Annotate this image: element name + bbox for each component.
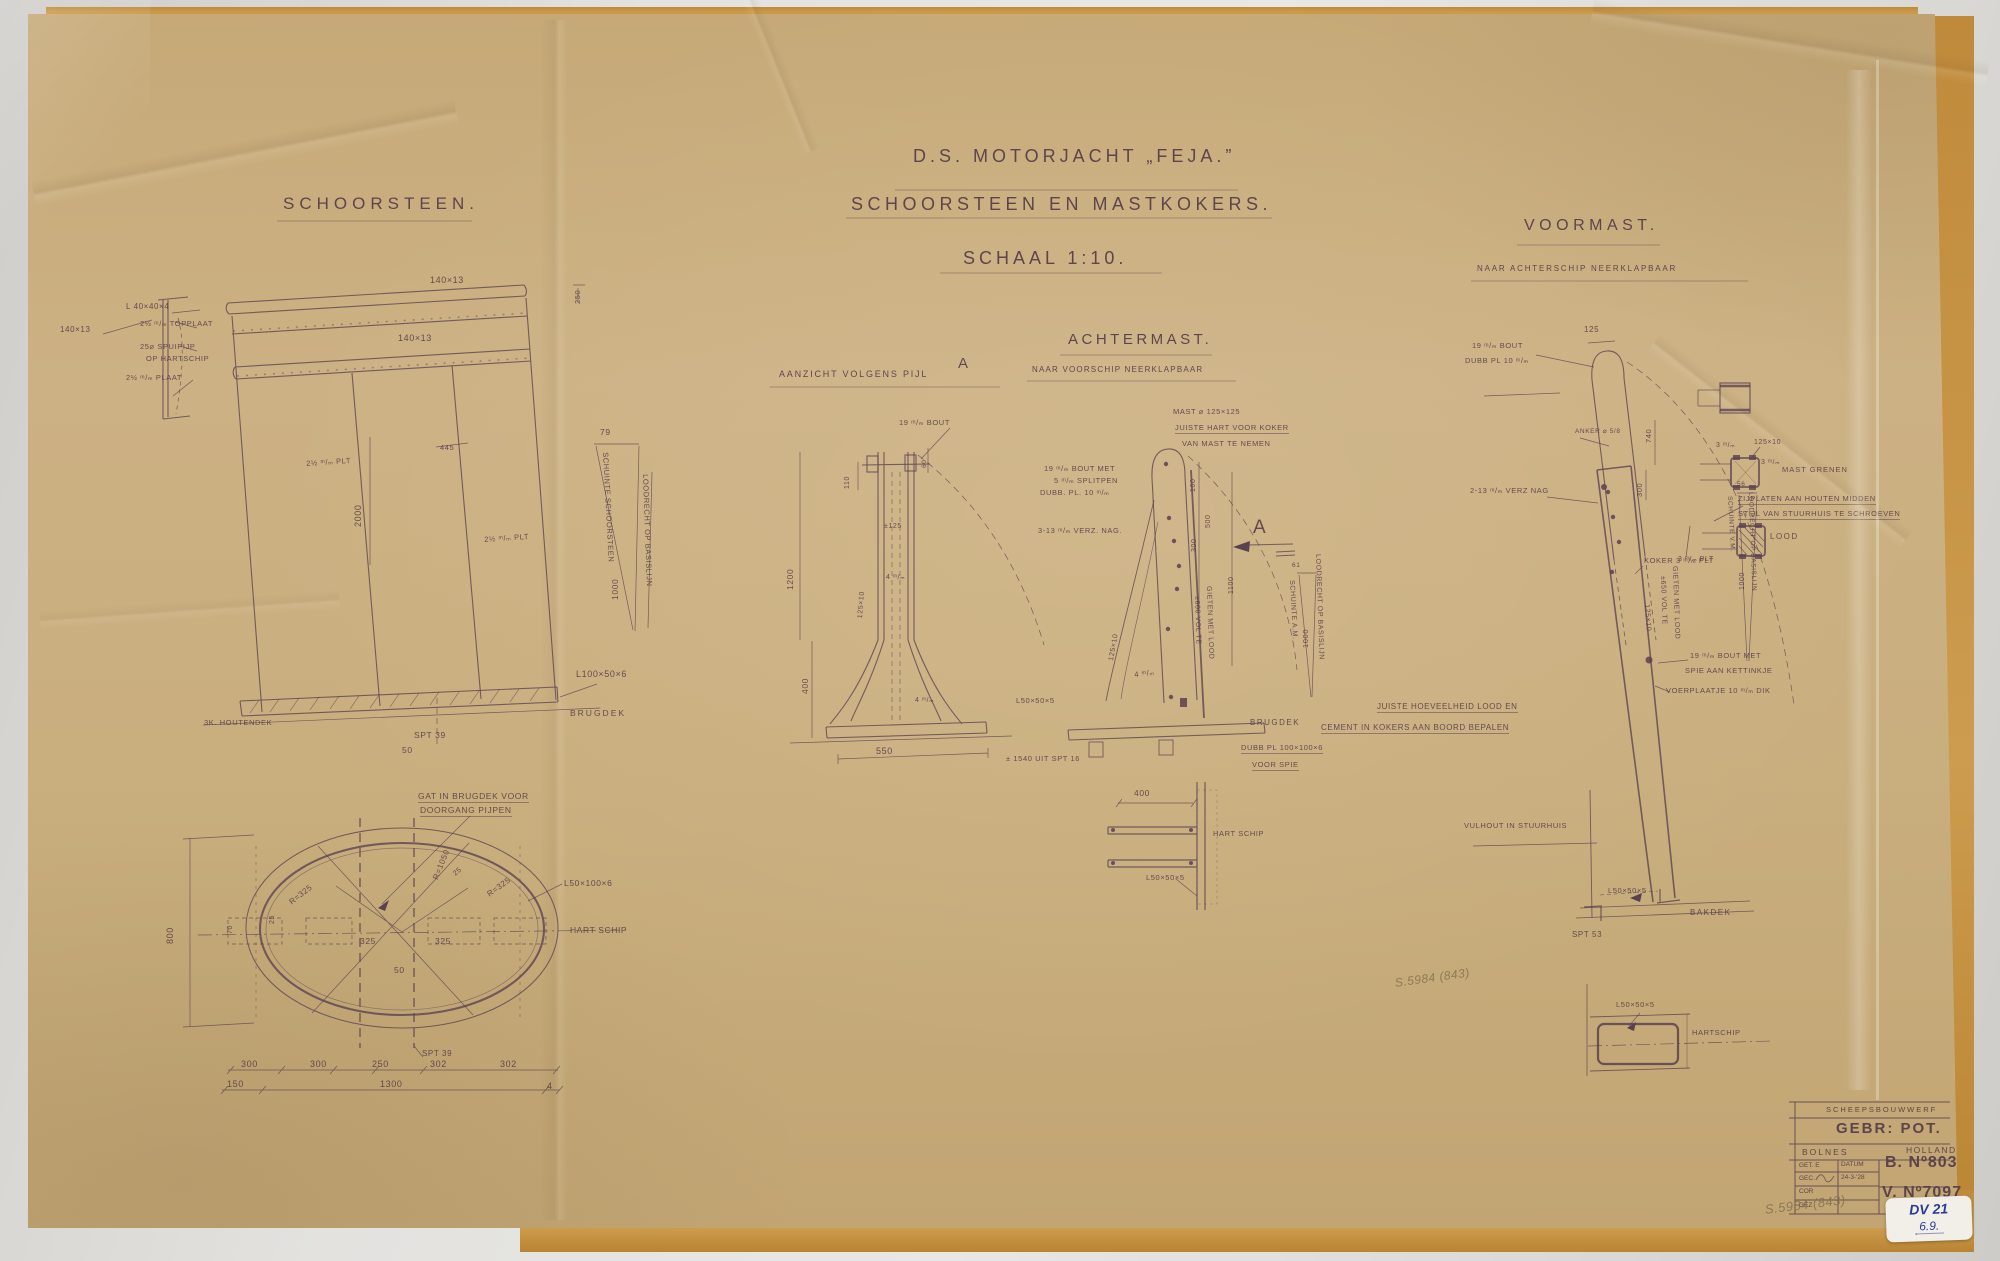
sticker-number: 6.9.	[1915, 1219, 1944, 1235]
annotation: OP HARTSCHIP	[146, 355, 209, 363]
annotation: 4 ᵐ/ₘ	[915, 697, 934, 704]
annotation: ± 1540 UIT SPT 16	[1006, 755, 1080, 763]
annotation: 3K. HOUTENDEK	[204, 719, 272, 727]
annotation: 50	[394, 966, 405, 975]
annotation: VOOR SPIE	[1252, 761, 1299, 771]
annotation: 302	[430, 1060, 447, 1069]
annotation: 19 ᵐ/ₘ BOUT MET	[1690, 652, 1761, 660]
annotation: 550	[876, 747, 893, 756]
annotation: JUISTE HART VOOR KOKER	[1175, 424, 1289, 434]
annotation: 3 ᵐ/ₘ	[1716, 442, 1735, 449]
annotation: SPT 39	[414, 731, 446, 740]
annotation: A	[1253, 518, 1266, 538]
annotation: 3-13 ᵐ/ₘ VERZ. NAG.	[1038, 527, 1122, 535]
annotation: SPT 53	[1572, 931, 1602, 939]
annotation: 50	[402, 746, 413, 755]
annotation: L50×50×5	[1016, 697, 1055, 705]
heading-schoorsteen: SCHOORSTEEN.	[283, 194, 479, 214]
annotation: VULHOUT IN STUURHUIS	[1464, 822, 1567, 830]
annotation: 110	[844, 476, 851, 489]
annotation: DOORGANG PIJPEN	[420, 806, 512, 817]
annotation: 140×13	[430, 276, 464, 285]
annotation: 300	[1191, 539, 1198, 552]
annotation: 445	[440, 444, 454, 452]
drawing-title-line1: D.S. MOTORJACHT „FEJA.”	[913, 146, 1235, 167]
annotation: GAT IN BRUGDEK VOOR	[418, 792, 529, 803]
annotation: MAST GRENEN	[1782, 466, 1848, 474]
annotation: 25	[269, 915, 276, 924]
titleblock-yard-small: SCHEEPSBOUWWERF	[1826, 1105, 1937, 1114]
annotation: DUBB PL 10 ᵐ/ₘ	[1465, 357, 1529, 365]
annotation: VAN MAST TE NEMEN	[1182, 440, 1271, 448]
annotation: 125×10	[1754, 439, 1781, 446]
annotation: 140×13	[60, 326, 91, 334]
annotation: ±125	[884, 523, 902, 530]
annotation: 100	[1190, 479, 1197, 492]
annotation: 325	[360, 937, 376, 946]
annotation: HARTSCHIP	[1692, 1029, 1741, 1037]
titleblock-yard-name: GEBR: POT.	[1836, 1120, 1942, 1137]
annotation: 3 ᵐ/ₘ PLT	[1678, 556, 1714, 563]
titleblock-place-left: BOLNES	[1802, 1147, 1849, 1157]
annotation: 79	[600, 428, 611, 437]
annotation: 140×13	[398, 334, 432, 343]
annotation: 1000	[1739, 572, 1746, 590]
annotation: 400	[1134, 789, 1150, 798]
drawing-title-line2: SCHOORSTEEN EN MASTKOKERS.	[851, 194, 1272, 215]
annotation: L50×100×6	[564, 879, 612, 888]
annotation: 300	[241, 1060, 258, 1069]
annotation: HART SCHIP	[570, 926, 627, 935]
titleblock-row-cor: COR	[1799, 1188, 1813, 1195]
annotation: 325	[435, 937, 451, 946]
annotation: 56	[1737, 482, 1745, 489]
annotation: L50×50×5	[1616, 1001, 1655, 1009]
annotation: JUISTE HOEVEELHEID LOOD EN	[1377, 703, 1518, 713]
annotation: BRUGDEK	[1250, 719, 1300, 727]
annotation: 19 ᵐ/ₘ BOUT	[1472, 342, 1523, 350]
annotation: 250	[574, 290, 582, 304]
annotation: ZIJPLATEN AAN HOUTEN MIDDEN	[1738, 495, 1876, 505]
heading-voormast-sub: NAAR ACHTERSCHIP NEERKLAPBAAR	[1477, 264, 1677, 273]
sticker-code: DV 21	[1885, 1200, 1972, 1219]
annotation: 61	[1292, 563, 1300, 570]
annotation: 5 ᵐ/ₘ SPLITPEN	[1054, 477, 1118, 485]
titleblock-row-gec: GEC.	[1799, 1175, 1815, 1182]
annotation: HART SCHIP	[1213, 830, 1264, 838]
annotation: BRUGDEK	[570, 709, 626, 718]
annotation: CEMENT IN KOKERS AAN BOORD BEPALEN	[1321, 724, 1509, 734]
annotation: 150	[227, 1080, 244, 1089]
annotation: 500	[1205, 515, 1212, 528]
titleblock-row-datum: DATUM	[1841, 1161, 1864, 1168]
annotation: 4 ᵐ/ₘ	[886, 574, 905, 581]
annotation: 1100	[1228, 577, 1235, 594]
scanned-drawing-photo: D.S. MOTORJACHT „FEJA.” SCHOORSTEEN EN M…	[0, 0, 2000, 1261]
annotation: A	[958, 356, 969, 372]
heading-achtermast-sub: NAAR VOORSCHIP NEERKLAPBAAR	[1032, 365, 1203, 374]
annotation: 300	[310, 1060, 327, 1069]
heading-aanzicht: AANZICHT VOLGENS PIJL	[779, 369, 928, 379]
annotation: 1000	[1302, 629, 1310, 648]
annotation: 4	[547, 1082, 553, 1091]
annotation: SPIE AAN KETTINKJE	[1685, 667, 1773, 675]
annotation: ANKER ⌀ 5/8	[1575, 429, 1621, 436]
heading-voormast: VOORMAST.	[1524, 217, 1659, 235]
annotation: L 40×40×4	[126, 303, 169, 311]
annotation: 2-13 ᵐ/ₘ VERZ NAG	[1470, 487, 1549, 495]
annotation: 300	[1636, 483, 1644, 497]
annotation: 2½ ᵐ/ₘ TOPPLAAT	[140, 320, 213, 328]
heading-achtermast: ACHTERMAST.	[1068, 331, 1212, 348]
annotation: VOERPLAATJE 10 ᵐ/ₘ DIK	[1666, 687, 1771, 695]
titleblock-row-date: 24-3-'28	[1841, 1174, 1865, 1181]
annotation: 250	[372, 1060, 389, 1069]
annotation: 1300	[380, 1080, 402, 1089]
annotation: 800	[166, 927, 175, 944]
annotation: 400	[801, 678, 810, 694]
annotation: L50×50×5	[1608, 887, 1647, 895]
annotation: 60	[922, 460, 929, 468]
annotation: 740	[1645, 429, 1653, 443]
annotation: 2000	[354, 505, 363, 527]
annotation: 19 ᵐ/ₘ BOUT	[899, 419, 950, 427]
annotation: 70	[227, 925, 234, 934]
annotation: LOOD	[1770, 533, 1799, 541]
annotation: 2½ ᵐ/ₘ PLAAT	[126, 374, 182, 382]
annotation: 3 ᵐ/ₘ	[1761, 459, 1780, 466]
titleblock-b-number: B. Nº803	[1885, 1154, 1958, 1172]
drawing-title-line3: SCHAAL 1:10.	[963, 248, 1127, 269]
annotation: 125	[1584, 326, 1599, 334]
annotation: L50×50×5	[1146, 874, 1185, 882]
drawing-linework	[0, 0, 2000, 1261]
annotation: DUBB PL 100×100×6	[1241, 744, 1323, 754]
annotation: 19 ᵐ/ₘ BOUT MET	[1044, 465, 1115, 473]
archive-sticker: DV 21 6.9.	[1885, 1196, 1972, 1243]
annotation: BAKDEK	[1690, 909, 1731, 917]
annotation: L100×50×6	[576, 670, 627, 679]
annotation: STIJL VAN STUURHUIS TE SCHROEVEN	[1738, 510, 1900, 520]
annotation: 302	[500, 1060, 517, 1069]
annotation: MAST ⌀ 125×125	[1173, 408, 1240, 416]
annotation: SPT 39	[422, 1050, 452, 1058]
annotation: 25⌀ SPUIPIJP	[140, 343, 196, 351]
annotation: 1000	[611, 579, 620, 600]
titleblock-row-get: GET. E	[1799, 1162, 1820, 1169]
annotation: 1200	[786, 569, 795, 590]
annotation: DUBB. PL. 10 ᵐ/ₘ	[1040, 489, 1109, 497]
